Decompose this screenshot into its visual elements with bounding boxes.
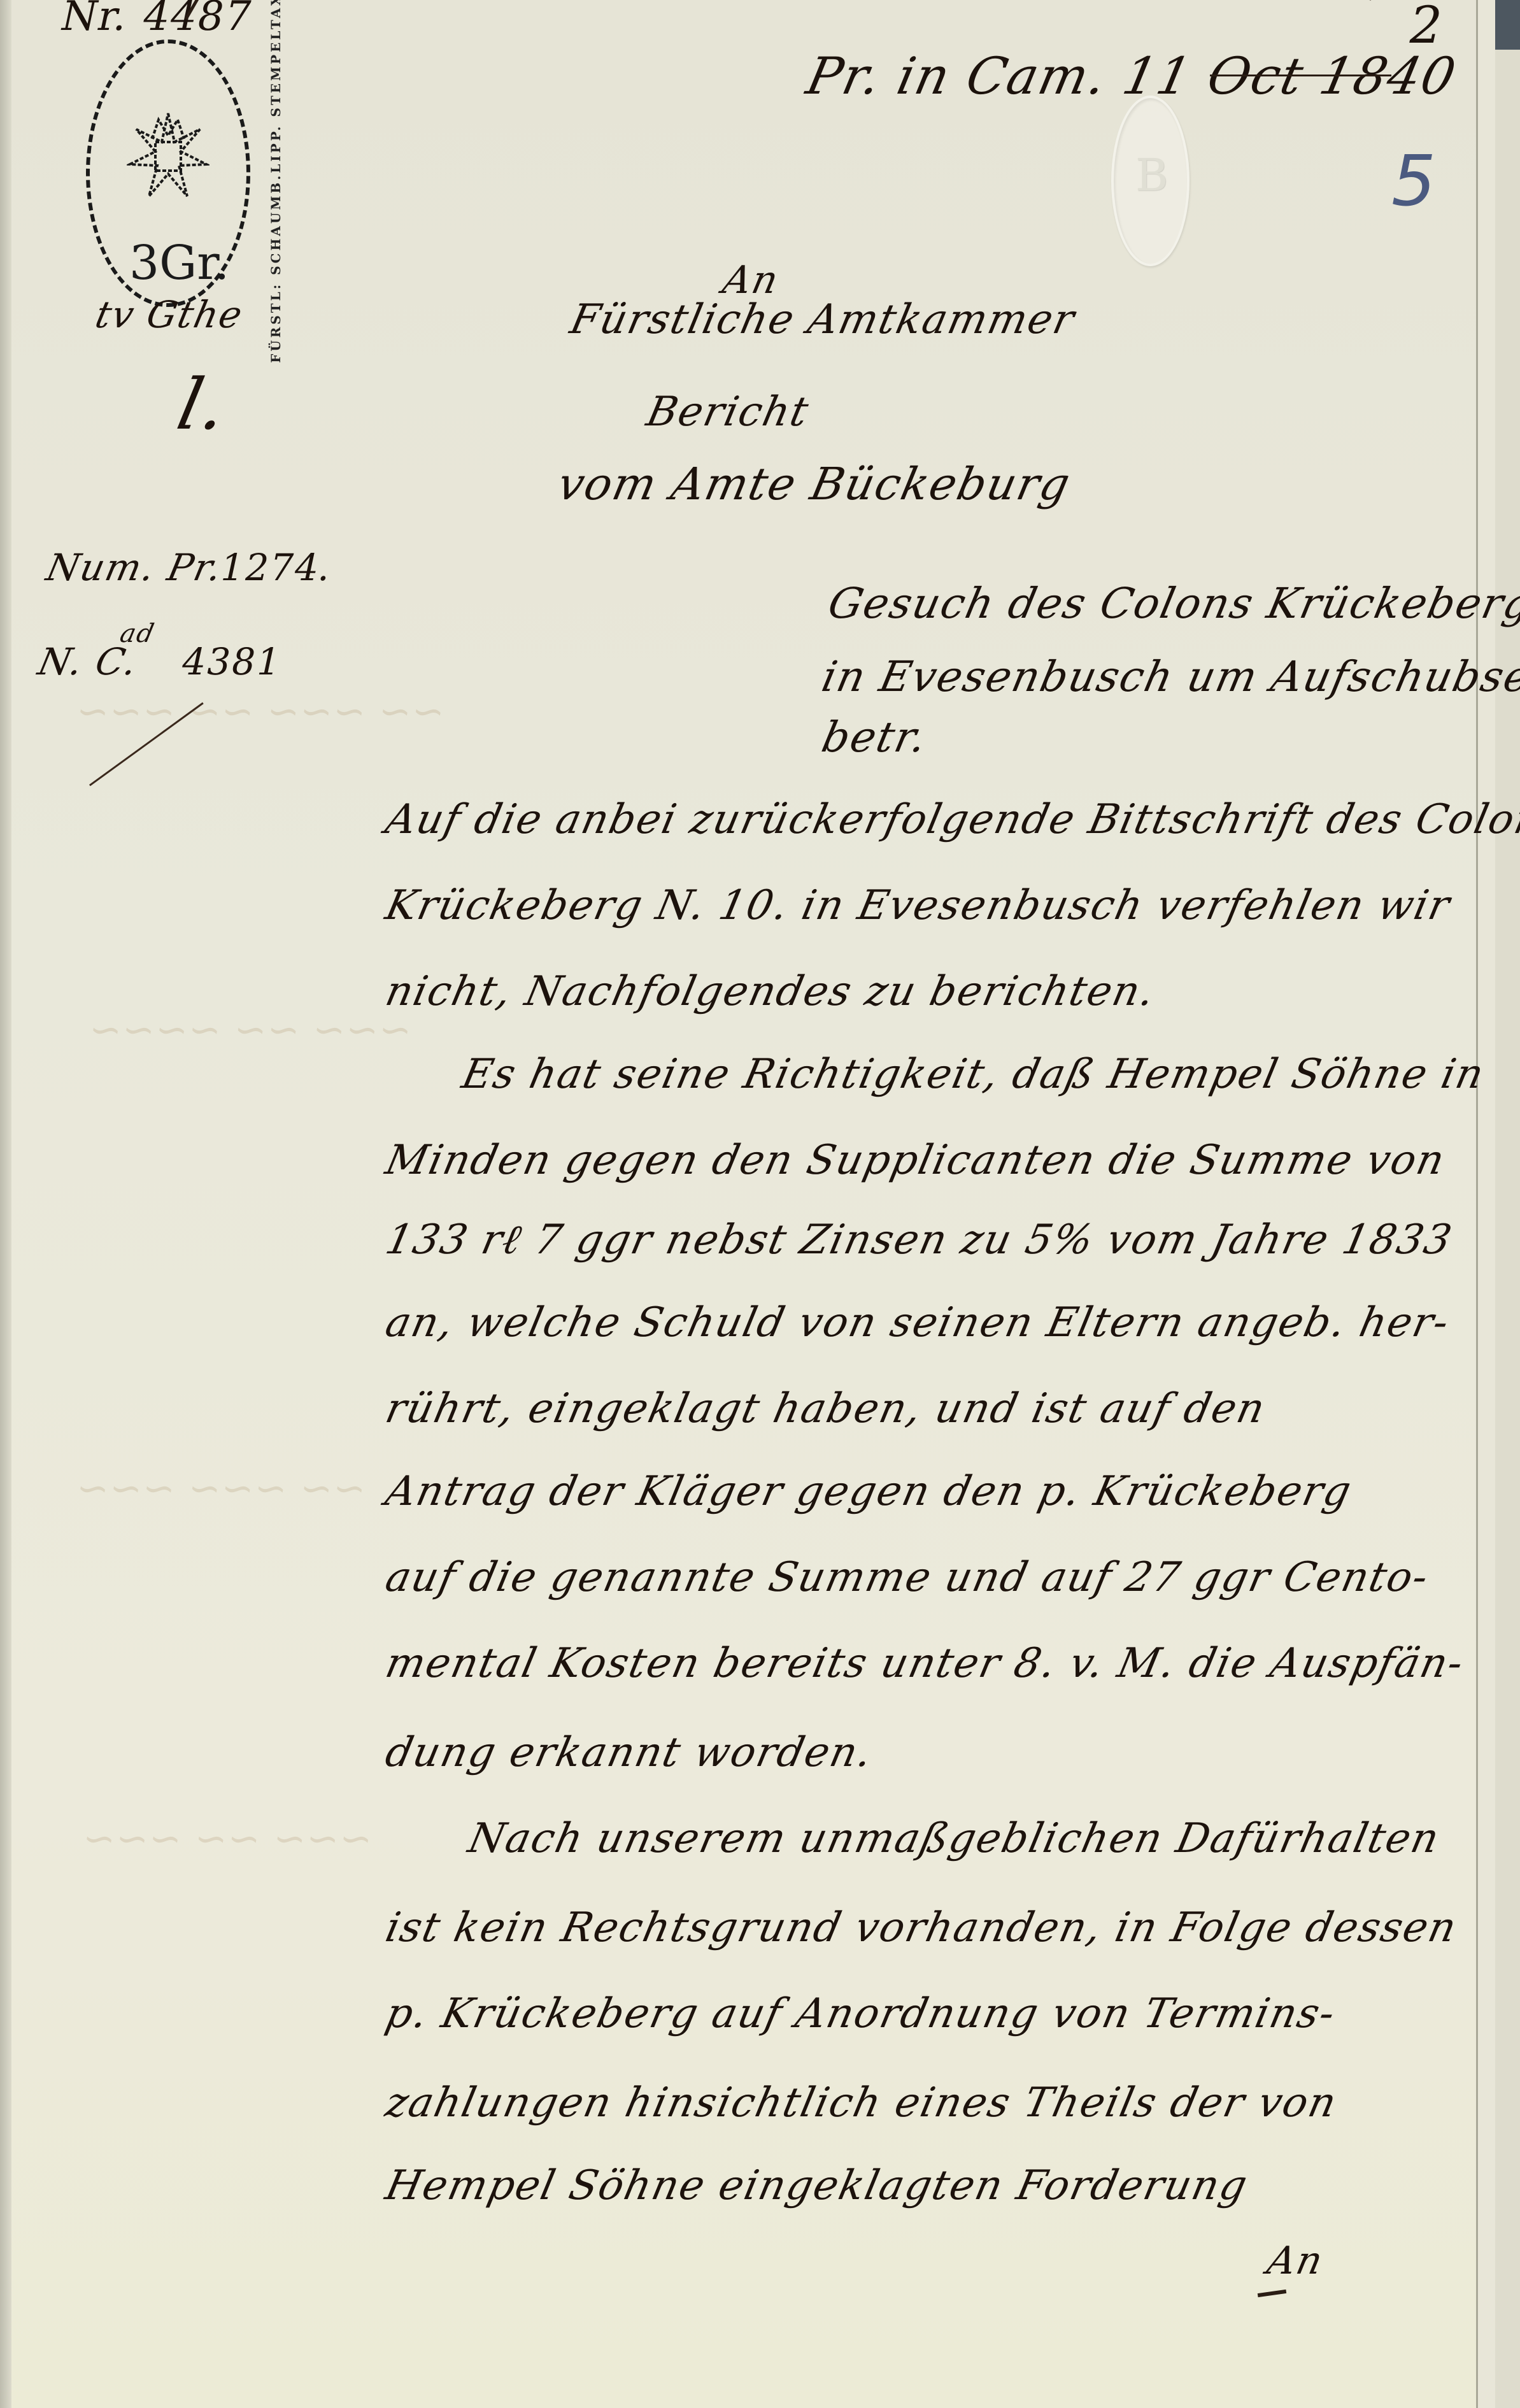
subject-line-1: Gesuch des Colons Krückeberg N. 10 — [825, 583, 1520, 625]
body-line-13: Nach unserem unmaßgeblichen Dafürhalten — [465, 1818, 1444, 1859]
adjacent-page-edge — [1495, 0, 1520, 2408]
body-line-4: Es hat seine Richtigkeit, daß Hempel Söh… — [458, 1054, 1488, 1095]
body-line-10: auf die genannte Summe und auf 27 ggr Ce… — [382, 1557, 1433, 1598]
receipt-underline — [1210, 75, 1391, 76]
stamp-value: 3Gr. — [129, 236, 229, 290]
body-line-9: Antrag der Kläger gegen den p. Krückeber… — [382, 1471, 1356, 1512]
receipt-note: Pr. in Cam. 11 Oct 1840 — [802, 51, 1461, 102]
body-line-14: ist kein Rechtsgrund vorhanden, in Folge… — [382, 1907, 1461, 1948]
body-line-7: an, welche Schuld von seinen Eltern ange… — [382, 1302, 1453, 1343]
body-line-12: dung erkannt worden. — [382, 1732, 877, 1773]
archive-number: Nr. 4487 — [57, 0, 257, 37]
subject-line-3: betr. — [818, 716, 931, 759]
catchword: An — [1264, 2242, 1327, 2280]
seal-letter: B — [1135, 149, 1168, 201]
body-line-2: Krückeberg N. 10. in Evesenbusch verfehl… — [382, 885, 1454, 926]
address-line-3: Bericht — [643, 392, 813, 432]
body-line-1: Auf die anbei zurückerfolgende Bittschri… — [382, 799, 1520, 840]
address-line-1: An — [720, 261, 783, 299]
body-line-6: 133 rℓ 7 ggr nebst Zinsen zu 5% vom Jahr… — [382, 1220, 1456, 1260]
body-line-8: rührt, eingeklagt haben, und ist auf den — [382, 1388, 1269, 1429]
bleed-through-text: ~~~ ~~ ~~~~ — [85, 1006, 416, 1053]
embossed-seal: B — [1111, 96, 1190, 266]
subject-line-2: in Evesenbusch um Aufschubsertheil — [818, 656, 1520, 698]
reference-label-1: Num. Pr. — [43, 549, 226, 586]
body-line-3: nicht, Nachfolgendes zu berichten. — [382, 971, 1159, 1012]
body-line-11: mental Kosten bereits unter 8. v. M. die… — [382, 1643, 1468, 1684]
star-crown-emblem-icon — [127, 107, 210, 203]
tax-stamp: FÜRSTL: SCHAUMB.LIPP. STEMPELTAXE 3Gr. — [86, 39, 250, 307]
stamp-ring-text: FÜRSTL: SCHAUMB.LIPP. STEMPELTAXE — [268, 0, 283, 363]
document-page — [11, 0, 1495, 2408]
bleed-through-text: ~~~ ~~ ~~~ — [79, 1815, 377, 1862]
body-line-17: Hempel Söhne eingeklagten Forderung — [382, 2165, 1251, 2206]
reference-value-2: 4381 — [178, 643, 285, 680]
pencil-number: 5 — [1391, 140, 1436, 222]
body-line-16: zahlungen hinsichtlich eines Theils der … — [382, 2083, 1341, 2123]
margin-initials: tv Gthe — [92, 296, 246, 333]
body-line-5: Minden gegen den Supplicanten die Summe … — [382, 1140, 1449, 1181]
bleed-through-text: ~~ ~~~ ~~~ — [73, 1465, 371, 1511]
address-line-2: Fürstliche Amtkammer — [567, 299, 1079, 340]
body-line-15: p. Krückeberg auf Anordnung von Termins- — [382, 1993, 1339, 2034]
reference-label-2: N. C. — [35, 643, 141, 680]
bleed-through-text: ~~ ~~~ ~~ ~~~ — [73, 688, 449, 734]
address-line-4: vom Amte Bückeburg — [554, 462, 1075, 506]
reference-value-1: 1274. — [217, 549, 336, 586]
